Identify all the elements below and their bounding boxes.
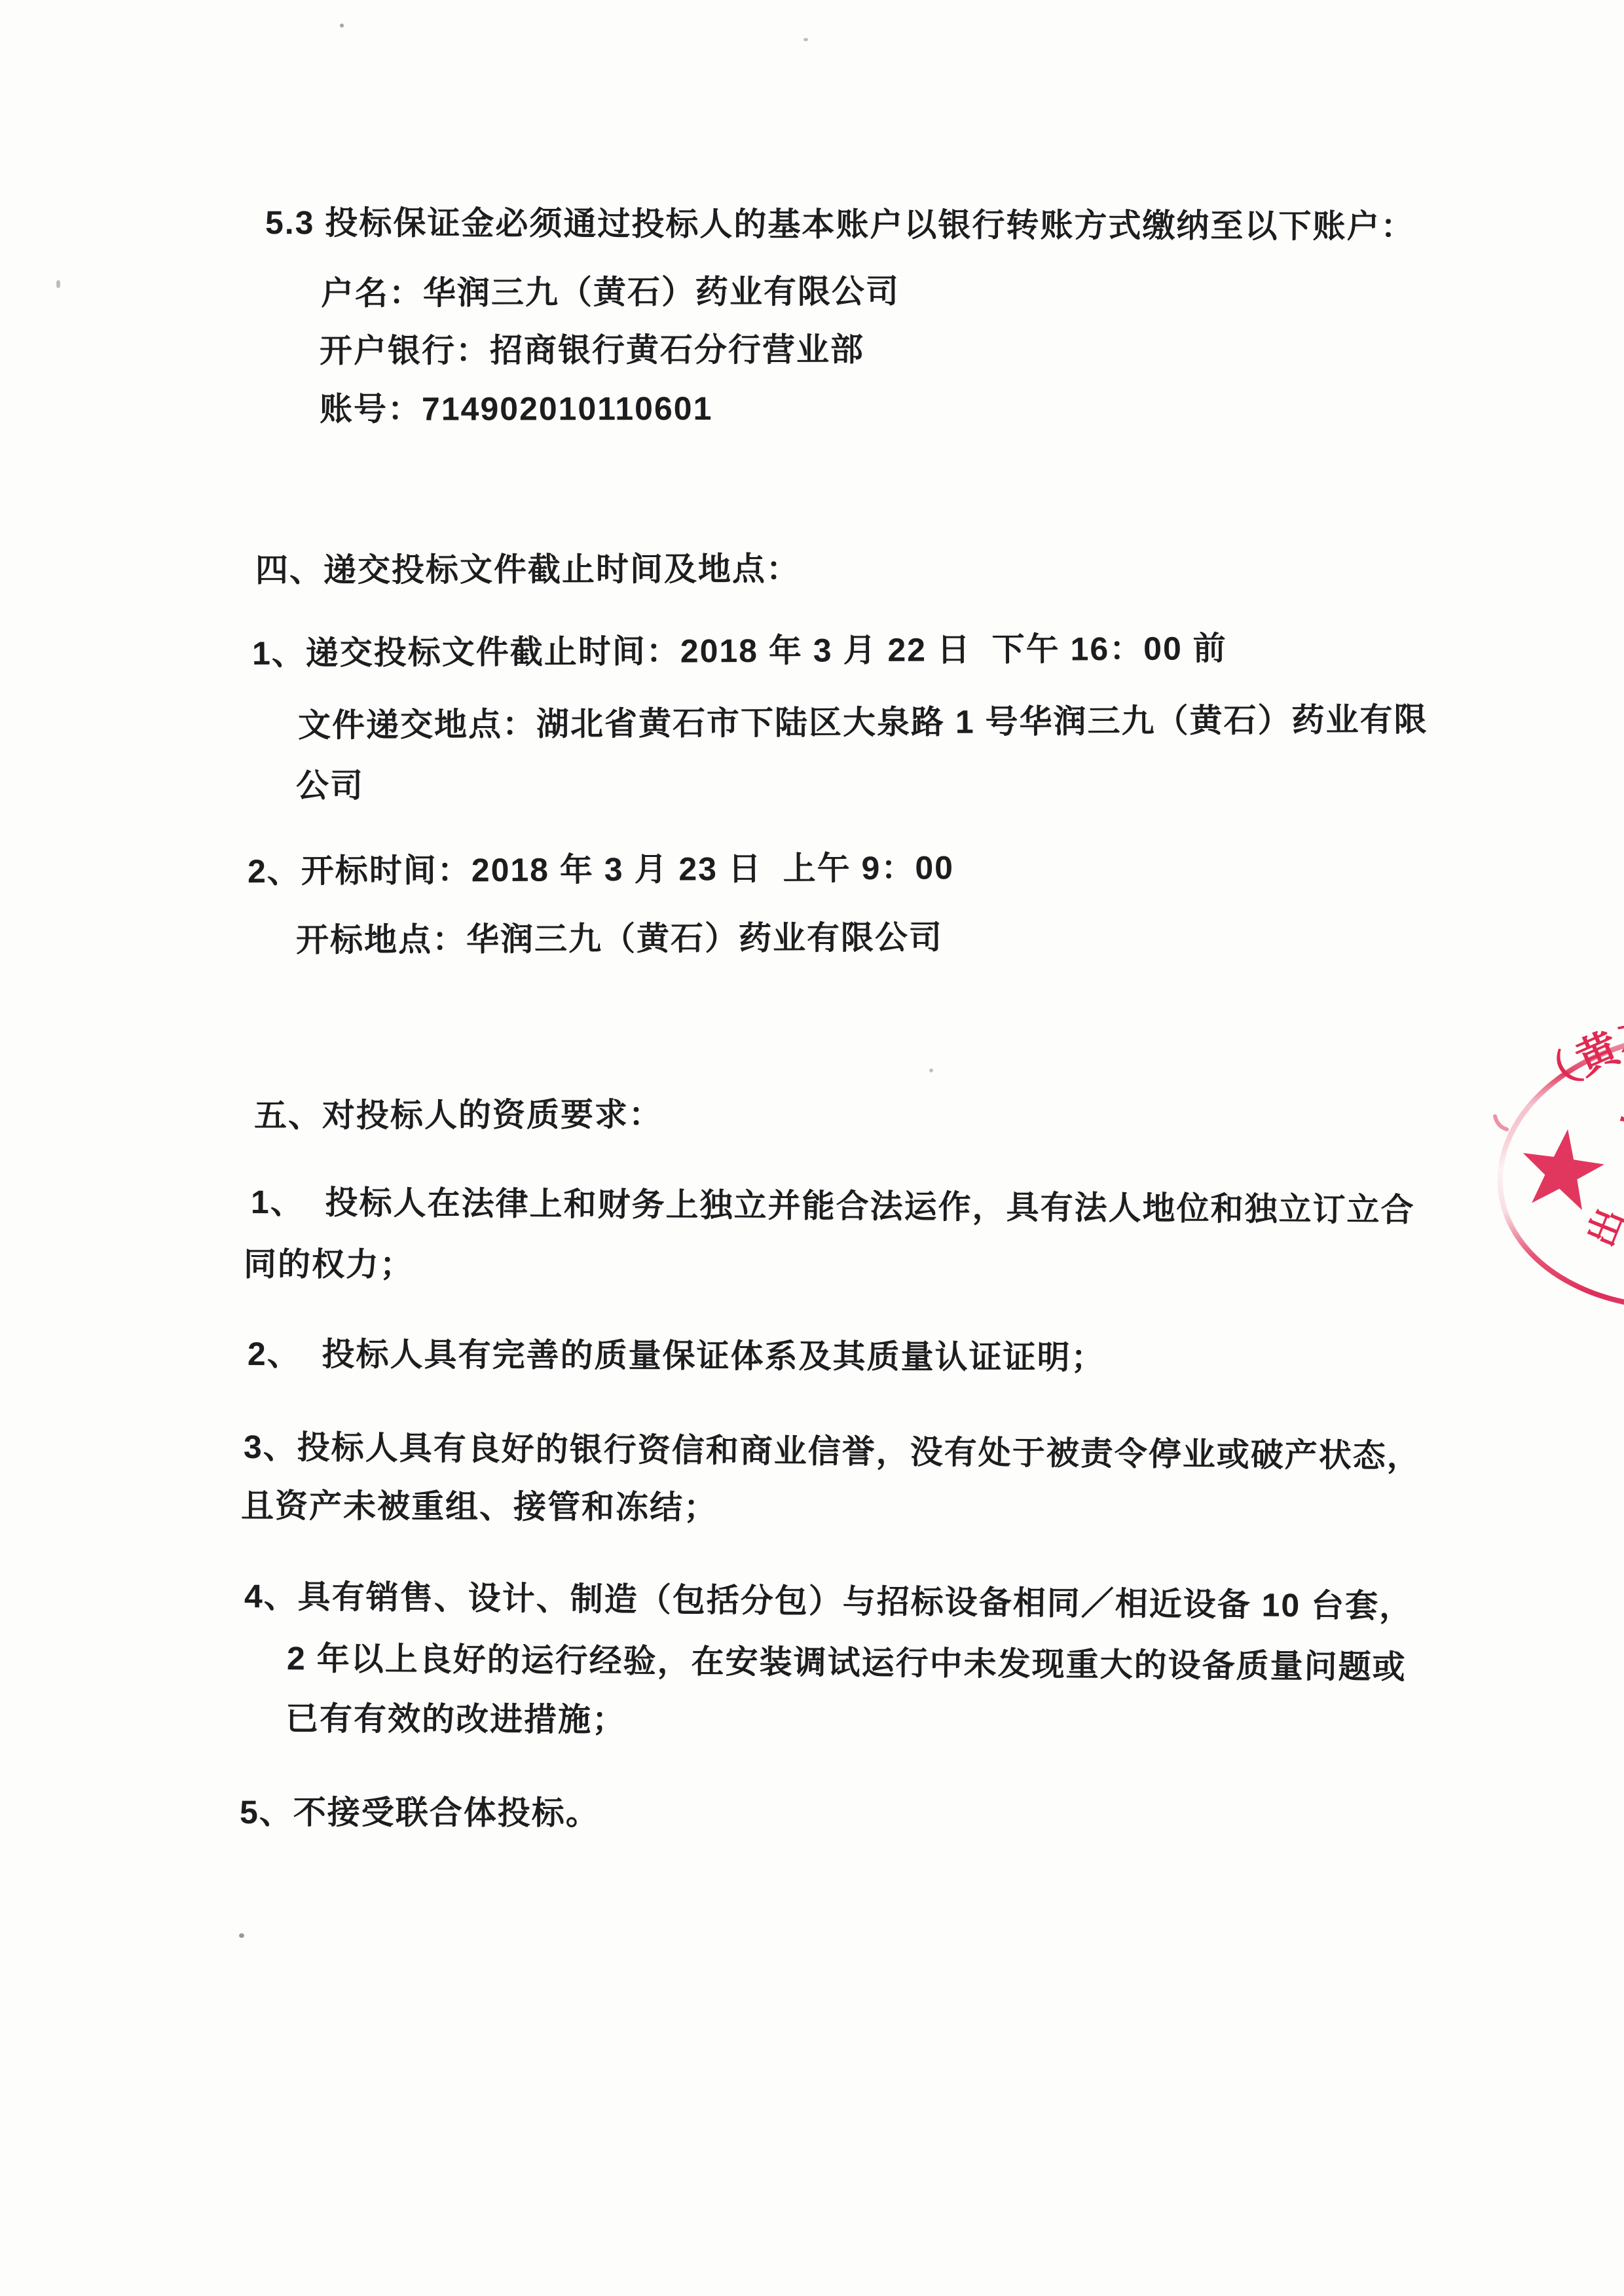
section5-item4: 4、具有销售、设计、制造（包括分包）与招标设备相同／相近设备 10 台套， bbox=[244, 1578, 1414, 1626]
stamp-partial-char-right: 药 bbox=[1614, 1089, 1624, 1146]
section4-heading: 四、递交投标文件截止时间及地点： bbox=[255, 551, 800, 590]
deposit-account-name: 户名：华润三九（黄石）药业有限公司 bbox=[321, 273, 900, 313]
scan-speck bbox=[239, 1933, 244, 1938]
deposit-bank: 开户银行：招商银行黄石分行营业部 bbox=[320, 331, 864, 371]
stamp-faint-stroke bbox=[1495, 1116, 1507, 1129]
section5-item1-cont: 同的权力； bbox=[244, 1246, 414, 1284]
deposit-account-number: 账号：714902010110601 bbox=[320, 390, 712, 429]
section5-item3-cont: 且资产未被重组、接管和冻结； bbox=[241, 1487, 718, 1527]
scan-speck bbox=[929, 1068, 933, 1072]
red-seal-stamp: （黄石） 出 药 bbox=[1428, 1008, 1624, 1349]
deposit-intro: 5.3 投标保证金必须通过投标人的基本账户以银行转账方式缴纳至以下账户： bbox=[265, 204, 1415, 246]
section4-item1-cont1: 文件递交地点：湖北省黄石市下陆区大泉路 1 号华润三九（黄石）药业有限 bbox=[298, 701, 1428, 745]
scan-speck bbox=[803, 38, 808, 41]
section5-heading: 五、对投标人的资质要求： bbox=[254, 1096, 663, 1135]
section5-item3: 3、投标人具有良好的银行资信和商业信誉，没有处于被责令停业或破产状态， bbox=[244, 1429, 1421, 1476]
section4-item2-cont: 开标地点：华润三九（黄石）药业有限公司 bbox=[296, 919, 943, 960]
scan-speck bbox=[340, 24, 344, 27]
section4-item1-cont2: 公司 bbox=[296, 767, 364, 805]
section4-item2: 2、开标时间：2018 年 3 月 23 日 上午 9：00 bbox=[248, 849, 954, 890]
section5-item5: 5、不接受联合体投标。 bbox=[240, 1794, 600, 1832]
scan-speck bbox=[56, 280, 60, 288]
section4-item1: 1、递交投标文件截止时间：2018 年 3 月 22 日 下午 16：00 前 bbox=[252, 630, 1227, 672]
stamp-star-icon bbox=[1523, 1129, 1604, 1211]
section5-item2: 2、 投标人具有完善的质量保证体系及其质量认证证明； bbox=[248, 1336, 1105, 1377]
stamp-partial-char-bottom: 出 bbox=[1580, 1203, 1624, 1252]
section5-item4-cont2: 已有有效的改进措施； bbox=[286, 1700, 626, 1739]
section5-item4-cont1: 2 年以上良好的运行经验，在安装调试运行中未发现重大的设备质量问题或 bbox=[287, 1640, 1407, 1686]
section5-item1: 1、 投标人在法律上和财务上独立并能合法运作，具有法人地位和独立订立合 bbox=[251, 1184, 1415, 1230]
scanned-document-page: 5.3 投标保证金必须通过投标人的基本账户以银行转账方式缴纳至以下账户： 户名：… bbox=[0, 0, 1624, 2296]
